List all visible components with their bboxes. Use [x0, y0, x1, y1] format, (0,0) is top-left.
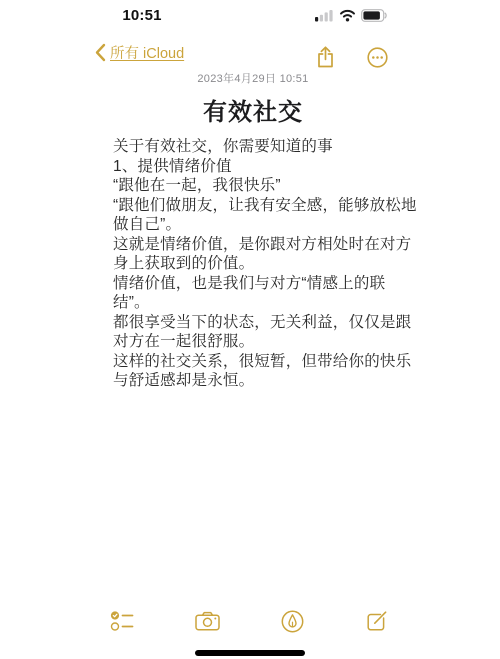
- note-line: 对方在一起很舒服。: [113, 332, 393, 352]
- note-line: 这就是情绪价值，是你跟对方相处时在对方: [113, 235, 393, 255]
- chevron-left-icon: [94, 43, 106, 62]
- compose-icon[interactable]: [362, 606, 392, 636]
- navigation-bar: 所有 iCloud: [90, 42, 410, 66]
- note-line: 1、提供情绪价值: [113, 157, 393, 177]
- note-line: “跟他们做朋友，让我有安全感，能够放松地: [113, 196, 393, 216]
- markup-pen-icon[interactable]: [277, 606, 307, 636]
- status-bar-icons: [315, 9, 388, 22]
- more-menu-ellipsis-icon[interactable]: [362, 42, 392, 72]
- camera-icon[interactable]: [193, 606, 223, 636]
- battery-icon: [361, 9, 388, 22]
- note-body: 关于有效社交，你需要知道的事 1、提供情绪价值 “跟他在一起，我很快乐” “跟他…: [113, 137, 393, 391]
- note-line: 这样的社交关系，很短暂，但带给你的快乐: [113, 352, 393, 372]
- cellular-signal-icon: [315, 9, 334, 22]
- note-line: 做自己”。: [113, 215, 393, 235]
- share-icon[interactable]: [310, 42, 340, 72]
- home-indicator[interactable]: [195, 650, 305, 656]
- back-button[interactable]: 所有 iCloud: [94, 42, 184, 63]
- checklist-icon[interactable]: [108, 606, 138, 636]
- note-editor[interactable]: 2023年4月29日 10:51 有效社交 关于有效社交，你需要知道的事 1、提…: [113, 70, 393, 391]
- status-bar-time: 10:51: [112, 7, 172, 24]
- note-line: 与舒适感却是永恒。: [113, 371, 393, 391]
- note-title: 有效社交: [113, 92, 393, 127]
- note-date: 2023年4月29日 10:51: [113, 70, 393, 86]
- note-line: 关于有效社交，你需要知道的事: [113, 137, 393, 157]
- note-line: 情绪价值，也是我们与对方“情感上的联: [113, 274, 393, 294]
- note-line: 结”。: [113, 293, 393, 313]
- note-line: 身上获取到的价值。: [113, 254, 393, 274]
- note-line: 都很享受当下的状态，无关利益，仅仅是跟: [113, 313, 393, 333]
- back-button-label: 所有 iCloud: [110, 42, 184, 63]
- wifi-icon: [339, 9, 356, 22]
- note-line: “跟他在一起，我很快乐”: [113, 176, 393, 196]
- bottom-toolbar: [90, 604, 410, 638]
